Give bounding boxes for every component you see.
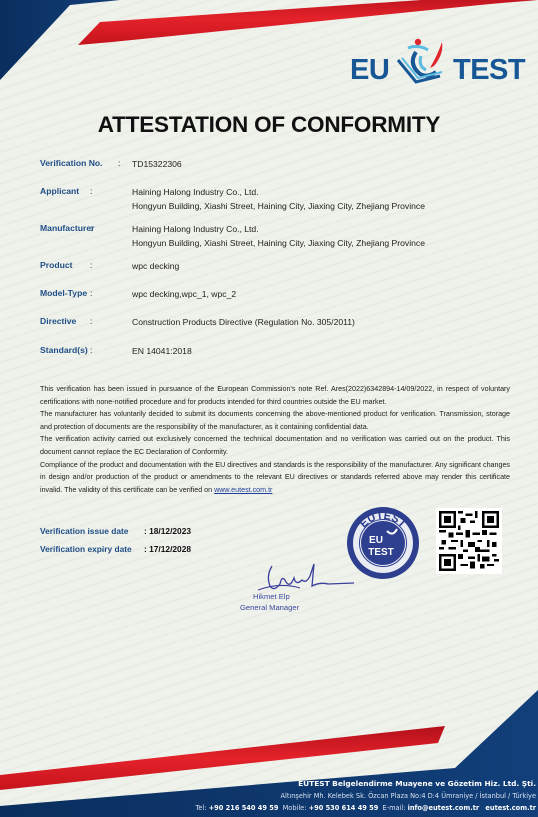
field-label: Product [40, 260, 130, 270]
certificate-page: EU TEST ATTESTATION OF CONFORMITY Verifi… [0, 0, 538, 817]
field-value: TD15322306 [132, 158, 182, 172]
footer-tel[interactable]: +90 216 540 49 59 [209, 804, 279, 812]
field-label: Applicant [40, 186, 130, 196]
field-label: Model-Type [40, 288, 130, 298]
field-label: Manufacturer [40, 223, 130, 233]
signature-icon [250, 560, 360, 596]
footer-website[interactable]: eutest.com.tr [485, 804, 536, 812]
signatory-role: General Manager [240, 603, 299, 612]
field-value: Construction Products Directive (Regulat… [132, 316, 355, 330]
field-label: Directive [40, 316, 130, 326]
footer-company: EUTEST Belgelendirme Muayene ve Gözetim … [298, 779, 536, 788]
eutest-logo: EU TEST [350, 34, 525, 90]
field-value: wpc decking [132, 260, 179, 274]
paragraph: The manufacturer has voluntarily decided… [40, 408, 510, 433]
footer-contacts: Tel: +90 216 540 49 59 Mobile: +90 530 6… [196, 804, 537, 812]
verification-link[interactable]: www.eutest.com.tr [214, 486, 272, 494]
issue-date: Verification issue date: 18/12/2023 [40, 526, 191, 536]
field-value: wpc decking,wpc_1, wpc_2 [132, 288, 236, 302]
field-label: Verification No. [40, 158, 130, 168]
signatory-name: Hikmet Elp [253, 592, 290, 601]
field-label: Standard(s) [40, 345, 130, 355]
footer-mobile[interactable]: +90 530 614 49 59 [309, 804, 379, 812]
footer-address: Altınşehir Mh. Kelebek Sk. Özcan Plaza N… [280, 792, 536, 800]
svg-text:TEST: TEST [368, 547, 394, 558]
paragraph: The verification activity carried out ex… [40, 433, 510, 458]
paragraph: This verification has been issued in pur… [40, 383, 510, 408]
expiry-date: Verification expiry date: 17/12/2028 [40, 544, 191, 554]
qr-code-icon [439, 511, 499, 571]
footer-email[interactable]: info@eutest.com.tr [408, 804, 480, 812]
document-title: ATTESTATION OF CONFORMITY [0, 112, 538, 138]
logo-text-eu: EU [350, 54, 389, 87]
qr-code[interactable] [436, 508, 502, 574]
legal-text: This verification has been issued in pur… [40, 383, 510, 496]
book-quill-icon [394, 34, 454, 88]
svg-text:EU: EU [369, 535, 383, 546]
paragraph: Compliance of the product and documentat… [40, 459, 510, 497]
eutest-seal-icon: EUTEST EU TEST [345, 505, 421, 581]
field-value: Haining Halong Industry Co., Ltd. Hongyu… [132, 223, 425, 250]
field-value: EN 14041:2018 [132, 345, 192, 359]
field-value: Haining Halong Industry Co., Ltd. Hongyu… [132, 186, 425, 213]
logo-text-test: TEST [453, 54, 525, 87]
